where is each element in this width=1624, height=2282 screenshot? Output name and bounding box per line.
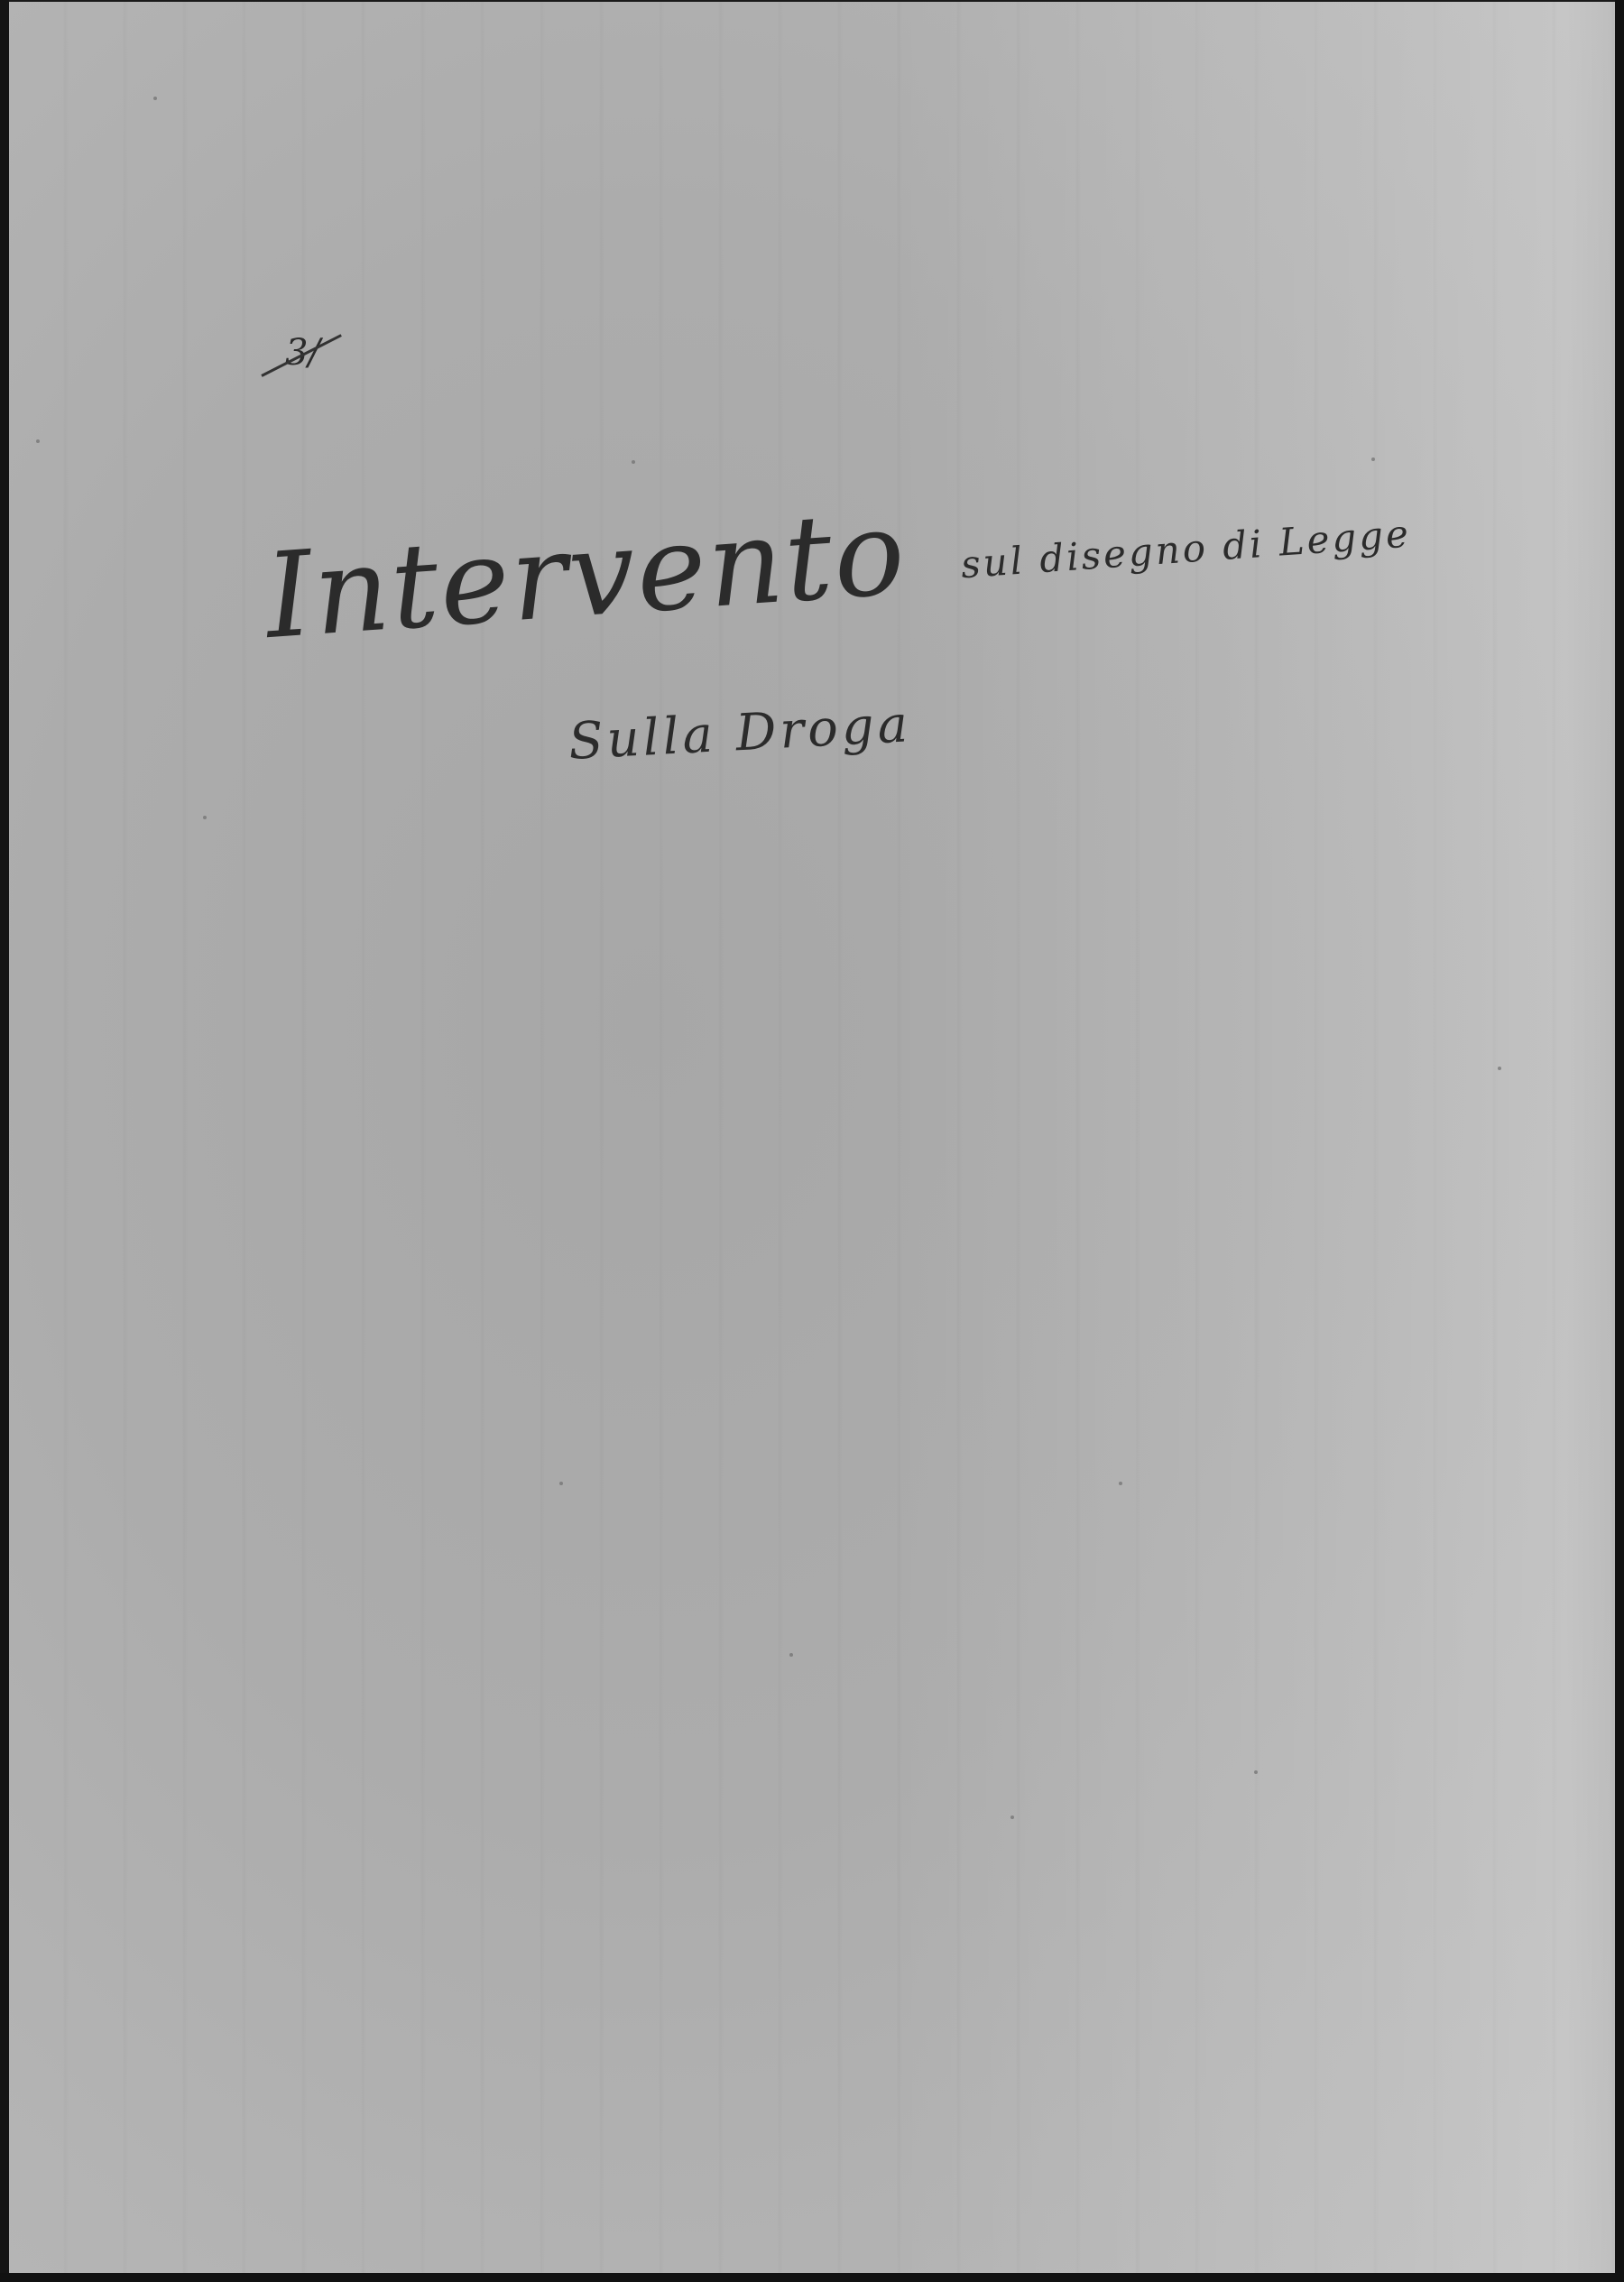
- scanned-page: 3/ Interventosul disegno di Legge Sulla …: [0, 0, 1624, 2282]
- scan-border-bottom: [0, 2273, 1624, 2282]
- paper-speck: [203, 816, 207, 819]
- paper-speck: [153, 97, 157, 100]
- paper-sheet: [9, 2, 1615, 2273]
- paper-speck: [789, 1653, 793, 1657]
- paper-speck: [36, 439, 40, 443]
- scan-border-right: [1615, 0, 1624, 2282]
- paper-speck: [1498, 1067, 1501, 1070]
- title-rest: sul disegno di Legge: [959, 512, 1412, 587]
- paper-speck: [1010, 1815, 1014, 1819]
- paper-speck: [632, 460, 635, 464]
- paper-speck: [1119, 1482, 1122, 1485]
- paper-speck: [1254, 1770, 1258, 1774]
- paper-speck: [559, 1482, 563, 1485]
- scan-border-left: [0, 0, 9, 2282]
